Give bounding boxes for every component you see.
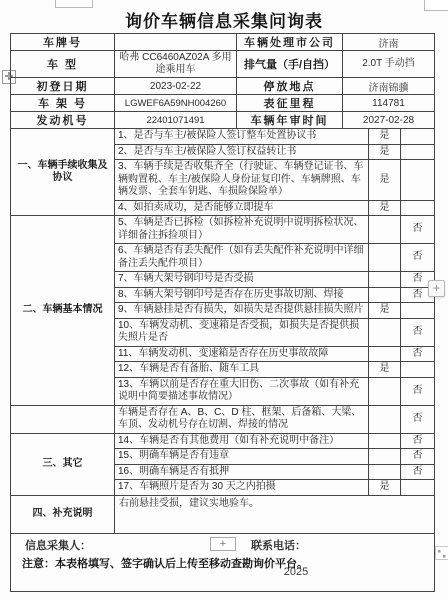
question-text: 6、车辆是否有丢失配件（如有丢失配件补充说明中详细备注丢失配件项目） [115,244,369,272]
model-label: 车 型 [11,51,115,78]
supplement-text: 右前悬挂受损，建议实地验车。 [115,495,435,533]
question-text: 5、车辆是否已拆检（如拆检补充说明中说明拆检状况、详细备注拆捡项目） [115,216,369,244]
question-text: 4、如拍卖成功，是否能够立即提车 [115,200,369,216]
answer-yes [369,318,401,346]
question-text: 14、车辆是否有其他费用（如有补充说明中备注） [115,433,369,449]
plate-value [115,34,237,51]
answer-no [401,303,435,319]
answer-no: 否 [401,449,435,465]
engine-no-value: 22401071491 [115,112,237,129]
answer-yes: 是 [369,200,401,216]
mileage-label: 表征里程 [237,95,343,112]
answer-no: 否 [401,244,435,272]
page-title: 询价车辆信息采集问询表 [0,7,448,32]
table-row: 车 型 哈弗 CC6460AZ02A 多用途乘用车 排气量（手/自挡） 2.0T… [11,51,435,78]
answer-yes [369,272,401,288]
table-resize-handle-icon[interactable] [435,546,448,560]
table-row: 车 架 号 LGWEF6A59NH004260 表征里程 114781 [11,95,435,112]
question-row: 车辆是否存在 A、B、C、D 柱、框架、后备箱、大梁、车顶、发动机号存在切割、焊… [11,405,435,433]
table-row: 初登日期 2023-02-22 停放地点 济南锦骥 [11,78,435,95]
model-value: 哈弗 CC6460AZ02A 多用途乘用车 [115,51,237,78]
answer-no: 否 [401,318,435,346]
displacement-label: 排气量（手/自挡） [237,51,343,78]
answer-yes [369,377,401,405]
first-reg-value: 2023-02-22 [115,78,237,95]
vin-value: LGWEF6A59NH004260 [115,95,237,112]
vehicle-info-table: 车牌号 车辆处理市公司 济南 车 型 哈弗 CC6460AZ02A 多用途乘用车… [10,33,435,129]
section-4-label: 四、补充说明 [11,495,115,533]
section-1-label: 一、车辆手续收集及协议 [11,129,115,216]
question-text: 10、车辆发动机、变速箱是否受损，如损失是否提供损失照片是否 [115,318,369,346]
answer-no: 否 [401,464,435,480]
question-text: 16、明确车辆是否有抵押 [115,464,369,480]
answer-yes [369,464,401,480]
answer-yes [369,287,401,303]
parking-label: 停放地点 [237,78,343,95]
insert-row-plus-icon[interactable]: + [428,280,445,297]
plate-label: 车牌号 [11,34,115,51]
table-row: 发动机号 22401071491 车辆年审时间 2027-02-28 [11,112,435,129]
answer-yes: 是 [369,160,401,201]
answer-no [401,480,435,496]
answer-yes: 是 [369,480,401,496]
answer-yes [369,244,401,272]
answer-no [401,160,435,201]
question-row: 二、车辆基本情况 5、车辆是否已拆检（如拆检补充说明中说明拆检状况、详细备注拆捡… [11,216,435,244]
displacement-value: 2.0T 手动挡 [343,51,435,78]
collector-label: 信息采集人： [25,540,91,553]
engine-no-label: 发动机号 [11,112,115,129]
section-3-label: 三、其它 [11,433,115,495]
answer-no [401,200,435,216]
question-text: 13、车辆以前是否存在重大旧伤、二次事故（如有补充说明中简要描述事故情况） [115,377,369,405]
answer-yes: 是 [369,362,401,378]
section-blank-label [11,405,115,433]
vin-label: 车 架 号 [11,95,115,112]
city-company-value: 济南 [343,34,435,51]
question-row: 三、其它 14、车辆是否有其他费用（如有补充说明中备注） 否 [11,433,435,449]
answer-no: 否 [401,216,435,244]
first-reg-label: 初登日期 [11,78,115,95]
table-row: 车牌号 车辆处理市公司 济南 [11,34,435,51]
question-text: 2、是否与车主/被保险人签订权益转让书 [115,144,369,160]
section-2-label: 二、车辆基本情况 [11,216,115,406]
answer-yes: 是 [369,303,401,319]
question-text: 8、车辆大架号钢印号是否存在历史事故切割、焊接 [115,287,369,303]
document-page: 询价车辆信息采集问询表 ✛ 车牌号 车辆处理市公司 济南 车 型 哈弗 CC64… [0,0,448,600]
form-table: 车牌号 车辆处理市公司 济南 车 型 哈弗 CC6460AZ02A 多用途乘用车… [10,33,434,592]
question-text: 1、是否与车主/被保险人签订整车处置协议书 [115,129,369,145]
answer-no: 否 [401,433,435,449]
parking-value: 济南锦骥 [343,78,435,95]
answer-yes [369,433,401,449]
answer-no: 否 [401,346,435,362]
answer-yes [369,449,401,465]
answer-no: 否 [401,405,435,433]
inspection-value: 2027-02-28 [343,112,435,129]
questionnaire-table: 一、车辆手续收集及协议 1、是否与车主/被保险人签订整车处置协议书 是 2、是否… [10,128,435,592]
answer-yes [369,346,401,362]
question-row: 一、车辆手续收集及协议 1、是否与车主/被保险人签订整车处置协议书 是 [11,129,435,145]
question-text: 17、车辆照片是否为 30 天之内拍摄 [115,480,369,496]
answer-no [401,144,435,160]
answer-yes [369,216,401,244]
answer-yes: 是 [369,129,401,145]
city-company-label: 车辆处理市公司 [237,34,343,51]
supplement-row: 四、补充说明 右前悬挂受损，建议实地验车。 [11,495,435,533]
phone-label: 联系电话： [251,540,306,553]
mileage-value: 114781 [343,95,435,112]
footer-note: 注意：本表格填写、签字确认后上传至移动查勘询价平台。 [22,555,308,571]
question-text: 9、车辆悬挂是否有损失，如损失是否提供悬挂损失照片 [115,303,369,319]
question-text: 7、车辆大架号钢印号是否受损 [115,272,369,288]
answer-no [401,129,435,145]
question-text: 11、车辆发动机、变速箱是否存在历史事故故障 [115,346,369,362]
add-row-plus-icon[interactable]: + [210,537,236,551]
inspection-label: 车辆年审时间 [237,112,343,129]
question-text: 15、明确车辆是否有违章 [115,449,369,465]
question-text: 3、车辆手续是否收集齐全（行驶证、车辆登记证书、车辆购置税、车主/被保险人身份证… [115,160,369,201]
question-text: 车辆是否存在 A、B、C、D 柱、框架、后备箱、大梁、车顶、发动机号存在切割、焊… [115,405,369,433]
answer-yes: 是 [369,144,401,160]
answer-no: 否 [401,377,435,405]
question-text: 12、车辆是否有备胎、随车工具 [115,362,369,378]
answer-yes [369,405,401,433]
answer-no [401,362,435,378]
